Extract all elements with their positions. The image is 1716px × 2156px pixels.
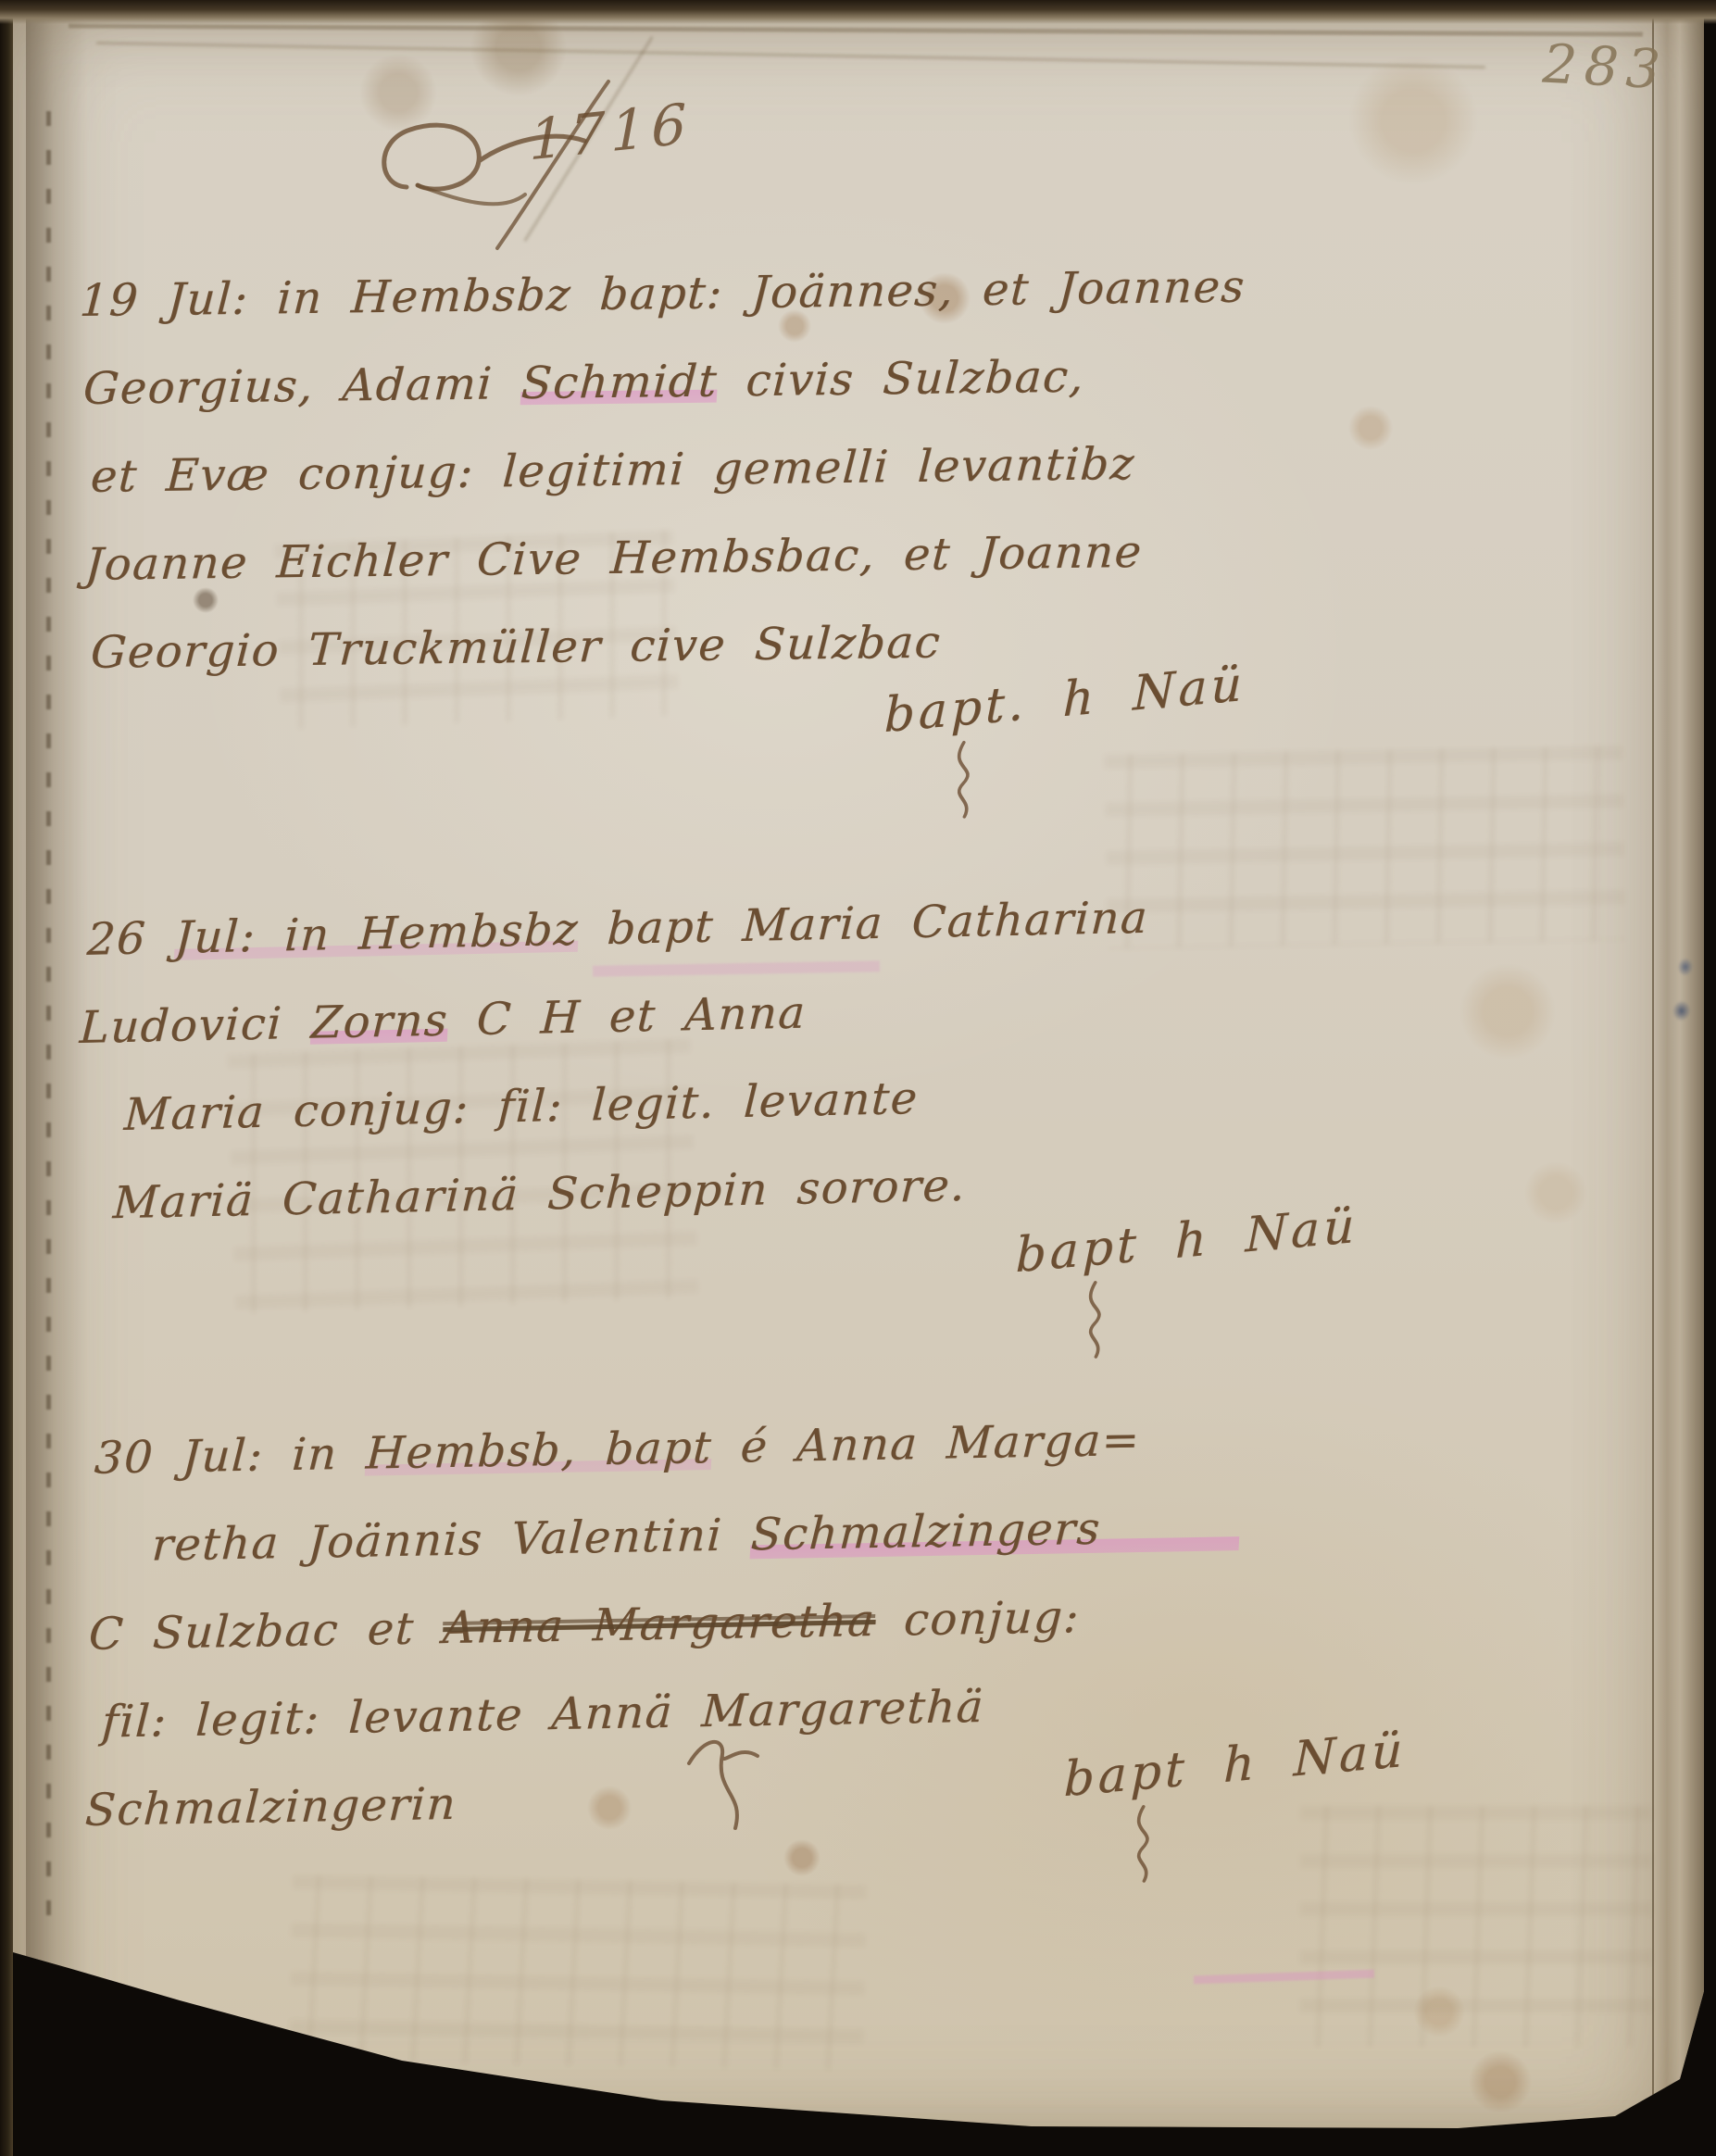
record-text: Maria conjug: fil: legit. levante	[123, 1072, 920, 1141]
signature-flourish-icon	[943, 739, 983, 821]
record-text: é Anna Marga=	[711, 1414, 1142, 1473]
record-line: Georgio Truckmüller cive Sulzbac	[77, 592, 1526, 697]
record-text: Joanne Eichler Cive Hembsbac, et Joanne	[83, 526, 1144, 591]
underlined-name: Schmalzingers	[749, 1500, 1241, 1561]
page-top-edge-line	[69, 24, 1643, 37]
record-text: retha Joännis Valentini	[151, 1509, 753, 1571]
record-text: 30 Jul: in	[94, 1428, 368, 1485]
signature-flourish-icon	[1074, 1279, 1114, 1360]
register-page: 283 1716 19 Jul: in Hembsbz bapt: Joänne…	[13, 0, 1704, 2156]
baptism-record: 30 Jul: in Hembsb, bapt é Anna Marga=ret…	[80, 1415, 1524, 1855]
paraph-icon	[680, 1728, 800, 1839]
baptism-record: 19 Jul: in Hembsbz bapt: Joännes, et Joa…	[80, 257, 1524, 697]
underlined-name: Schmidt	[520, 356, 719, 410]
record-text: Georgio Truckmüller cive Sulzbac	[89, 617, 942, 679]
record-text: et Evæ conjug: legitimi gemelli levantib…	[89, 438, 1136, 503]
adjacent-page-edge	[1652, 0, 1706, 2100]
page-edge-speckle	[46, 111, 51, 1926]
record-text: conjug:	[874, 1591, 1082, 1647]
paper-crease	[96, 42, 1485, 69]
record-text: 26	[86, 912, 177, 966]
ink-bleedthrough	[289, 1875, 866, 2071]
baptism-record: 26 Jul: in Hembsbz bapt Maria CatharinaL…	[80, 896, 1524, 1248]
record-text: C H et Anna	[447, 987, 808, 1047]
record-text: Georgius, Adami	[81, 357, 522, 415]
underlined-name: Zorns	[309, 995, 449, 1049]
gutter-shadow	[26, 0, 87, 1982]
manuscript-page-photo: 283 1716 19 Jul: in Hembsbz bapt: Joänne…	[0, 0, 1716, 2156]
record-text: Schmalzingerin	[84, 1778, 458, 1836]
record-text: 19 Jul: in Hembsbz bapt: Joännes, et Joa…	[78, 261, 1246, 327]
record-text: civis Sulzbac,	[716, 351, 1085, 407]
record-text: Ludovici	[79, 997, 313, 1054]
struck-text: Anna Margaretha	[442, 1595, 877, 1654]
pink-mark	[1194, 1970, 1374, 1985]
underlined-name: Hembsb, bapt	[365, 1422, 714, 1480]
page-number: 283	[1541, 32, 1669, 102]
underlined-name: Jul: in Hembsbz	[173, 904, 580, 964]
signature-flourish-icon	[1122, 1803, 1162, 1885]
record-text: Mariä Catharinä Scheppin sorore.	[112, 1159, 968, 1229]
book-binding-edge	[0, 0, 13, 2156]
record-text: fil: legit: levante Annä Margarethä	[101, 1681, 986, 1749]
page-top-edge	[0, 0, 1716, 24]
record-text: bapt Maria Catharina	[578, 892, 1150, 956]
record-text: C Sulzbac et	[88, 1602, 445, 1661]
year-heading: 1716	[370, 76, 758, 252]
